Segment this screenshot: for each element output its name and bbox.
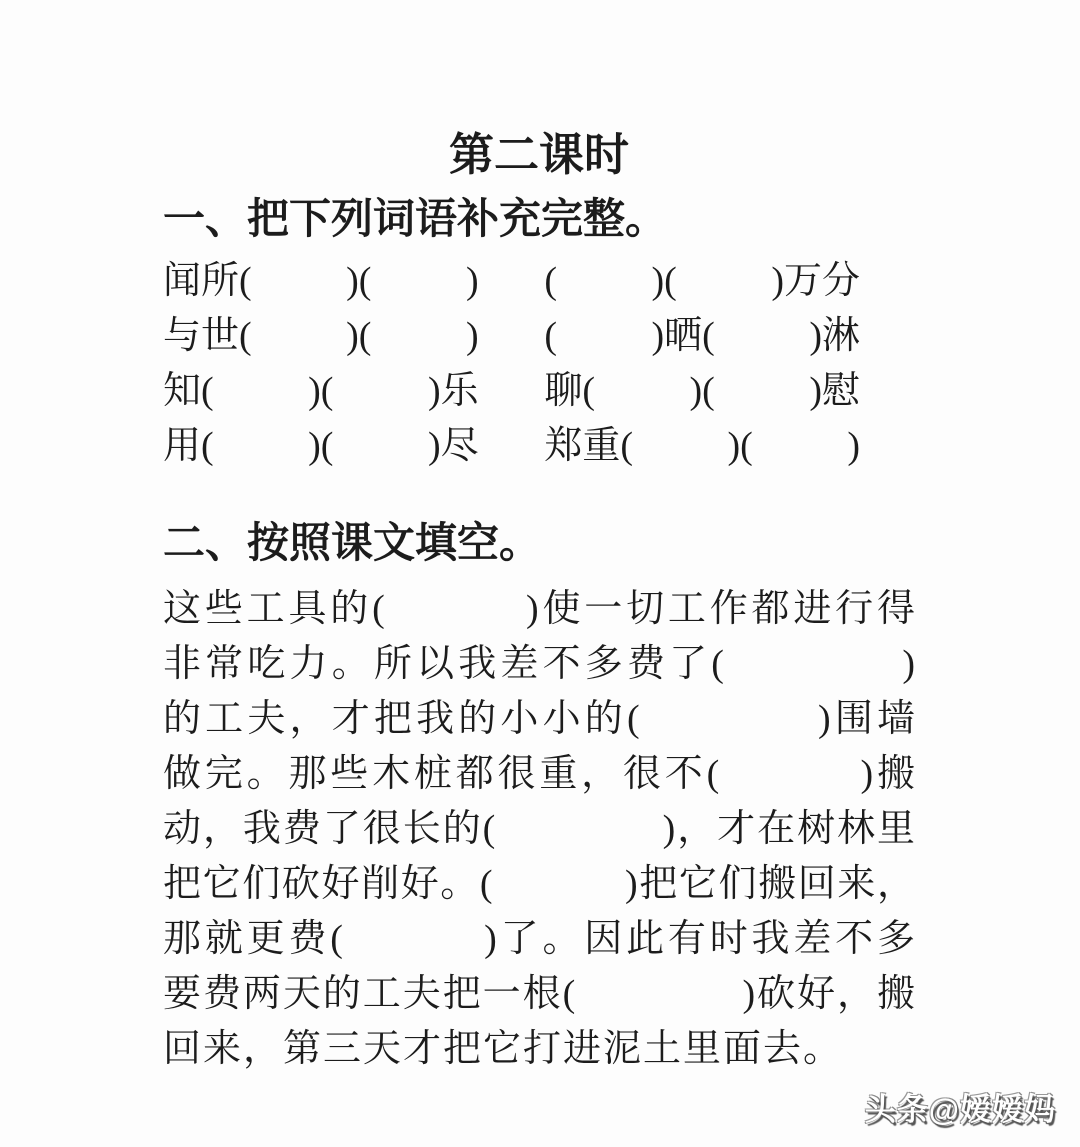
worksheet-page: 第二课时 一、把下列词语补充完整。 闻所( )( ) ( )( )万分 与世( … xyxy=(163,130,915,1077)
word-row-right: ( )( )万分 xyxy=(544,254,860,309)
fill-line: 动，我费了很长的( )，才在树林里 xyxy=(163,802,915,857)
fill-in-paragraph: 这些工具的( )使一切工作都进行得 非常吃力。所以我差不多费了( ) 的工夫，才… xyxy=(163,582,915,1077)
section1-heading: 一、把下列词语补充完整。 xyxy=(163,196,915,244)
section-fill-in-blanks: 二、按照课文填空。 这些工具的( )使一切工作都进行得 非常吃力。所以我差不多费… xyxy=(163,520,915,1077)
word-row-left: 与世( )( ) xyxy=(163,309,479,364)
word-row: 与世( )( ) ( )晒( )淋 xyxy=(163,309,860,364)
word-row-left: 用( )( )尽 xyxy=(163,419,479,474)
fill-line: 的工夫，才把我的小小的( )围墙 xyxy=(163,692,915,747)
page-title: 第二课时 xyxy=(163,130,915,180)
fill-line: 要费两天的工夫把一根( )砍好，搬 xyxy=(163,967,915,1022)
word-row: 知( )( )乐 聊( )( )慰 xyxy=(163,364,860,419)
word-row-right: 聊( )( )慰 xyxy=(544,364,860,419)
fill-line: 回来，第三天才把它打进泥土里面去。 xyxy=(163,1022,915,1077)
watermark: 头条@嫒嫒妈 xyxy=(865,1084,1056,1129)
word-row-right: 郑重( )( ) xyxy=(544,419,860,474)
word-row-right: ( )晒( )淋 xyxy=(544,309,860,364)
word-row: 用( )( )尽 郑重( )( ) xyxy=(163,419,860,474)
word-row: 闻所( )( ) ( )( )万分 xyxy=(163,254,860,309)
section-word-completion: 一、把下列词语补充完整。 闻所( )( ) ( )( )万分 与世( )( ) … xyxy=(163,196,915,474)
word-row-left: 知( )( )乐 xyxy=(163,364,479,419)
fill-line: 非常吃力。所以我差不多费了( ) xyxy=(163,637,915,692)
fill-line: 那就更费( )了。因此有时我差不多 xyxy=(163,912,915,967)
word-completion-rows: 闻所( )( ) ( )( )万分 与世( )( ) ( )晒( )淋 知( )… xyxy=(163,254,915,474)
section2-heading: 二、按照课文填空。 xyxy=(163,520,915,568)
fill-line: 把它们砍好削好。( )把它们搬回来， xyxy=(163,857,915,912)
word-row-left: 闻所( )( ) xyxy=(163,254,479,309)
fill-line: 做完。那些木桩都很重，很不( )搬 xyxy=(163,747,915,802)
fill-line: 这些工具的( )使一切工作都进行得 xyxy=(163,582,915,637)
